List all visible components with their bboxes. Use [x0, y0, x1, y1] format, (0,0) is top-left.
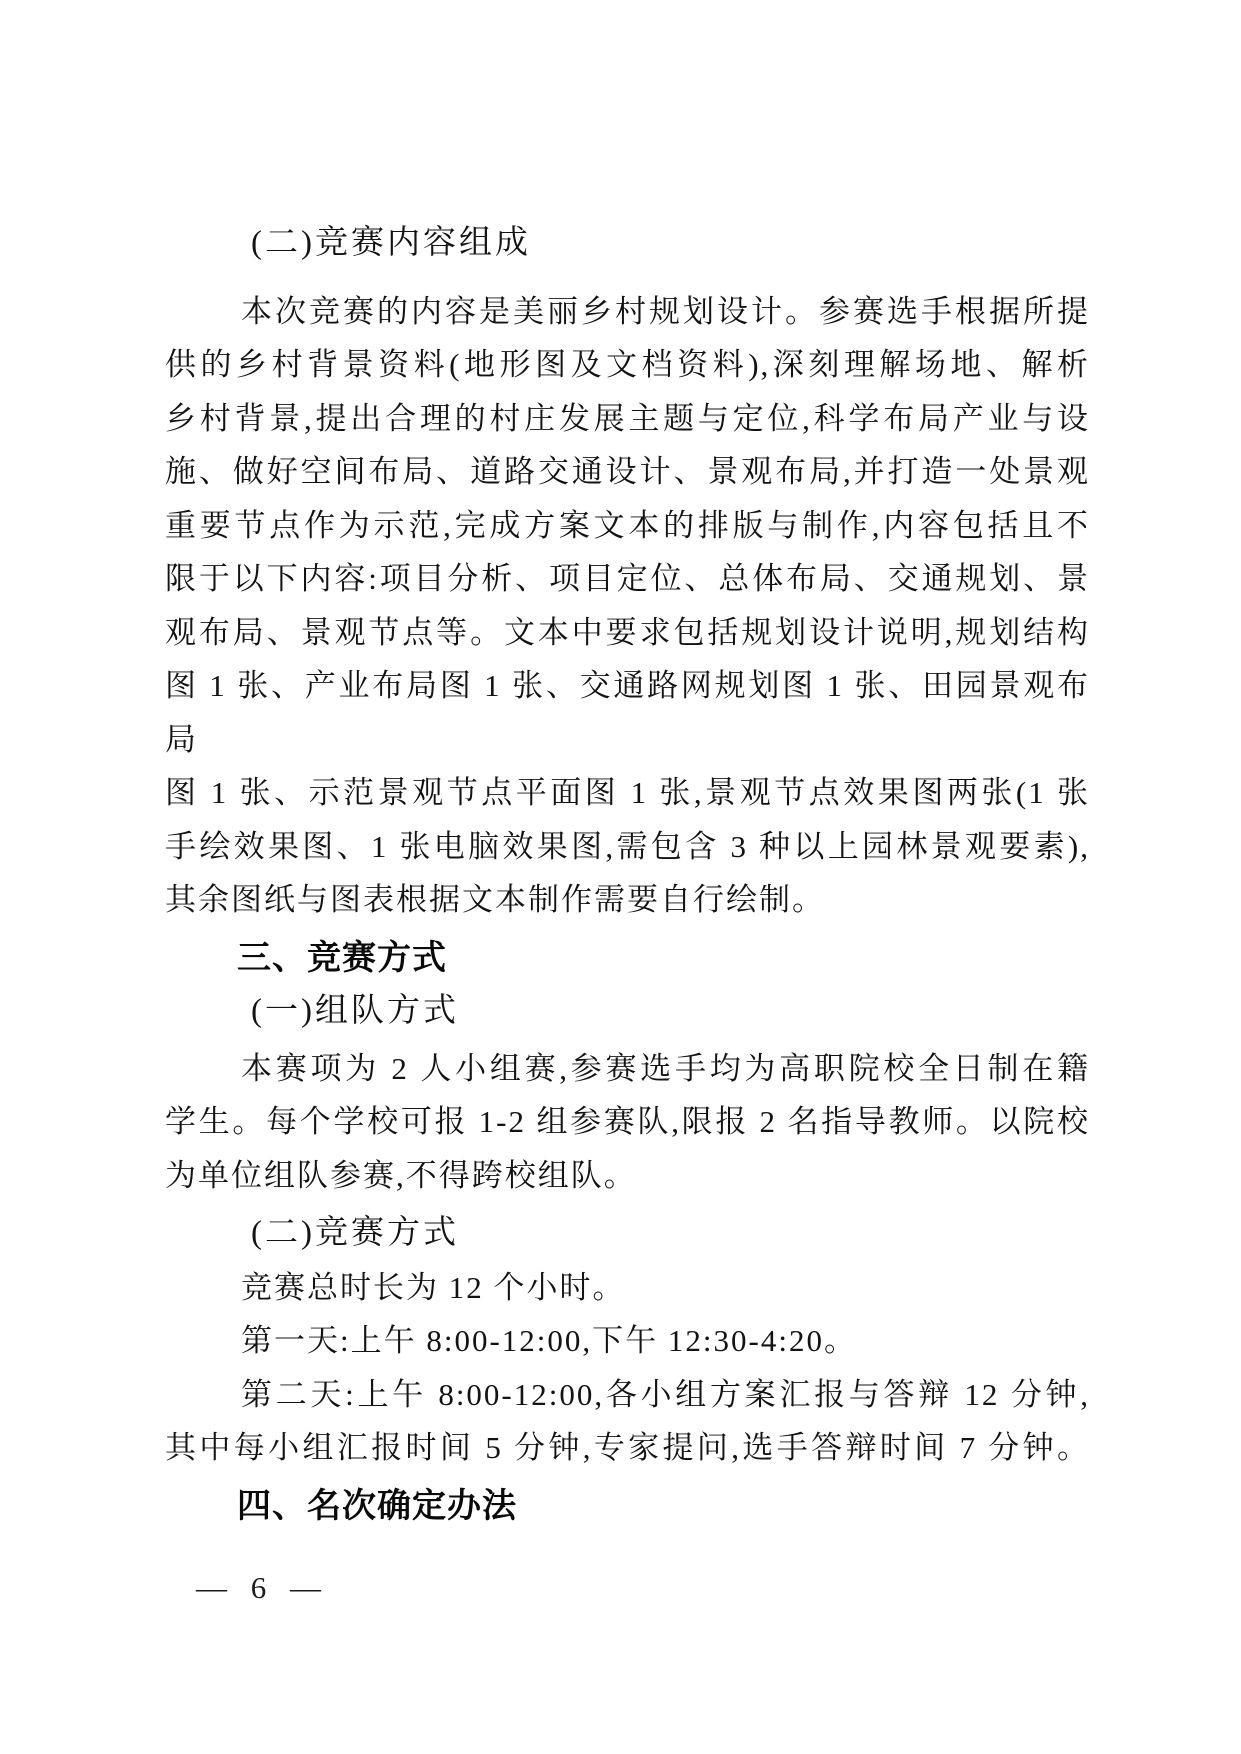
subsection-heading-contest-format2: (二)竞赛方式	[165, 1207, 1090, 1261]
subsection-heading-contest-content: (二)竞赛内容组成	[165, 217, 1090, 271]
body-line: 图 1 张、示范景观节点平面图 1 张,景观节点效果图两张(1 张	[165, 766, 1090, 820]
document-page: (二)竞赛内容组成 本次竞赛的内容是美丽乡村规划设计。参赛选手根据所提 供的乡村…	[0, 0, 1241, 1754]
body-line: 乡村背景,提出合理的村庄发展主题与定位,科学布局产业与设	[165, 392, 1090, 446]
body-line: 学生。每个学校可报 1-2 组参赛队,限报 2 名指导教师。以院校	[165, 1095, 1090, 1149]
body-line: 手绘效果图、1 张电脑效果图,需包含 3 种以上园林景观要素),	[165, 820, 1090, 874]
paragraph-contest-content: 本次竞赛的内容是美丽乡村规划设计。参赛选手根据所提 供的乡村背景资料(地形图及文…	[165, 285, 1090, 927]
body-line: 图 1 张、产业布局图 1 张、交通路网规划图 1 张、田园景观布局	[165, 659, 1090, 766]
body-line: 第二天:上午 8:00-12:00,各小组方案汇报与答辩 12 分钟,	[165, 1368, 1090, 1422]
body-line: 供的乡村背景资料(地形图及文档资料),深刻理解场地、解析	[165, 338, 1090, 392]
subsection-heading-team-format: (一)组队方式	[165, 985, 1090, 1039]
page-number: — 6 —	[196, 1570, 325, 1606]
body-line-day-one: 第一天:上午 8:00-12:00,下午 12:30-4:20。	[165, 1314, 1090, 1368]
body-line: 限于以下内容:项目分析、项目定位、总体布局、交通规划、景	[165, 552, 1090, 606]
section-heading-ranking-method: 四、名次确定办法	[165, 1480, 1090, 1534]
body-line: 观布局、景观节点等。文本中要求包括规划设计说明,规划结构	[165, 606, 1090, 660]
body-line: 本赛项为 2 人小组赛,参赛选手均为高职院校全日制在籍	[165, 1042, 1090, 1096]
body-line-total-duration: 竞赛总时长为 12 个小时。	[165, 1261, 1090, 1315]
section-heading-contest-format: 三、竞赛方式	[165, 932, 1090, 986]
paragraph-day-two: 第二天:上午 8:00-12:00,各小组方案汇报与答辩 12 分钟, 其中每小…	[165, 1368, 1090, 1475]
body-line: 重要节点作为示范,完成方案文本的排版与制作,内容包括且不	[165, 499, 1090, 553]
body-line: 其余图纸与图表根据文本制作需要自行绘制。	[165, 873, 1090, 927]
document-body: (二)竞赛内容组成 本次竞赛的内容是美丽乡村规划设计。参赛选手根据所提 供的乡村…	[165, 217, 1090, 1533]
body-line: 其中每小组汇报时间 5 分钟,专家提问,选手答辩时间 7 分钟。	[165, 1421, 1090, 1475]
body-line: 施、做好空间布局、道路交通设计、景观布局,并打造一处景观	[165, 445, 1090, 499]
paragraph-team-format: 本赛项为 2 人小组赛,参赛选手均为高职院校全日制在籍 学生。每个学校可报 1-…	[165, 1042, 1090, 1203]
body-line: 为单位组队参赛,不得跨校组队。	[165, 1149, 1090, 1203]
body-line: 本次竞赛的内容是美丽乡村规划设计。参赛选手根据所提	[165, 285, 1090, 339]
